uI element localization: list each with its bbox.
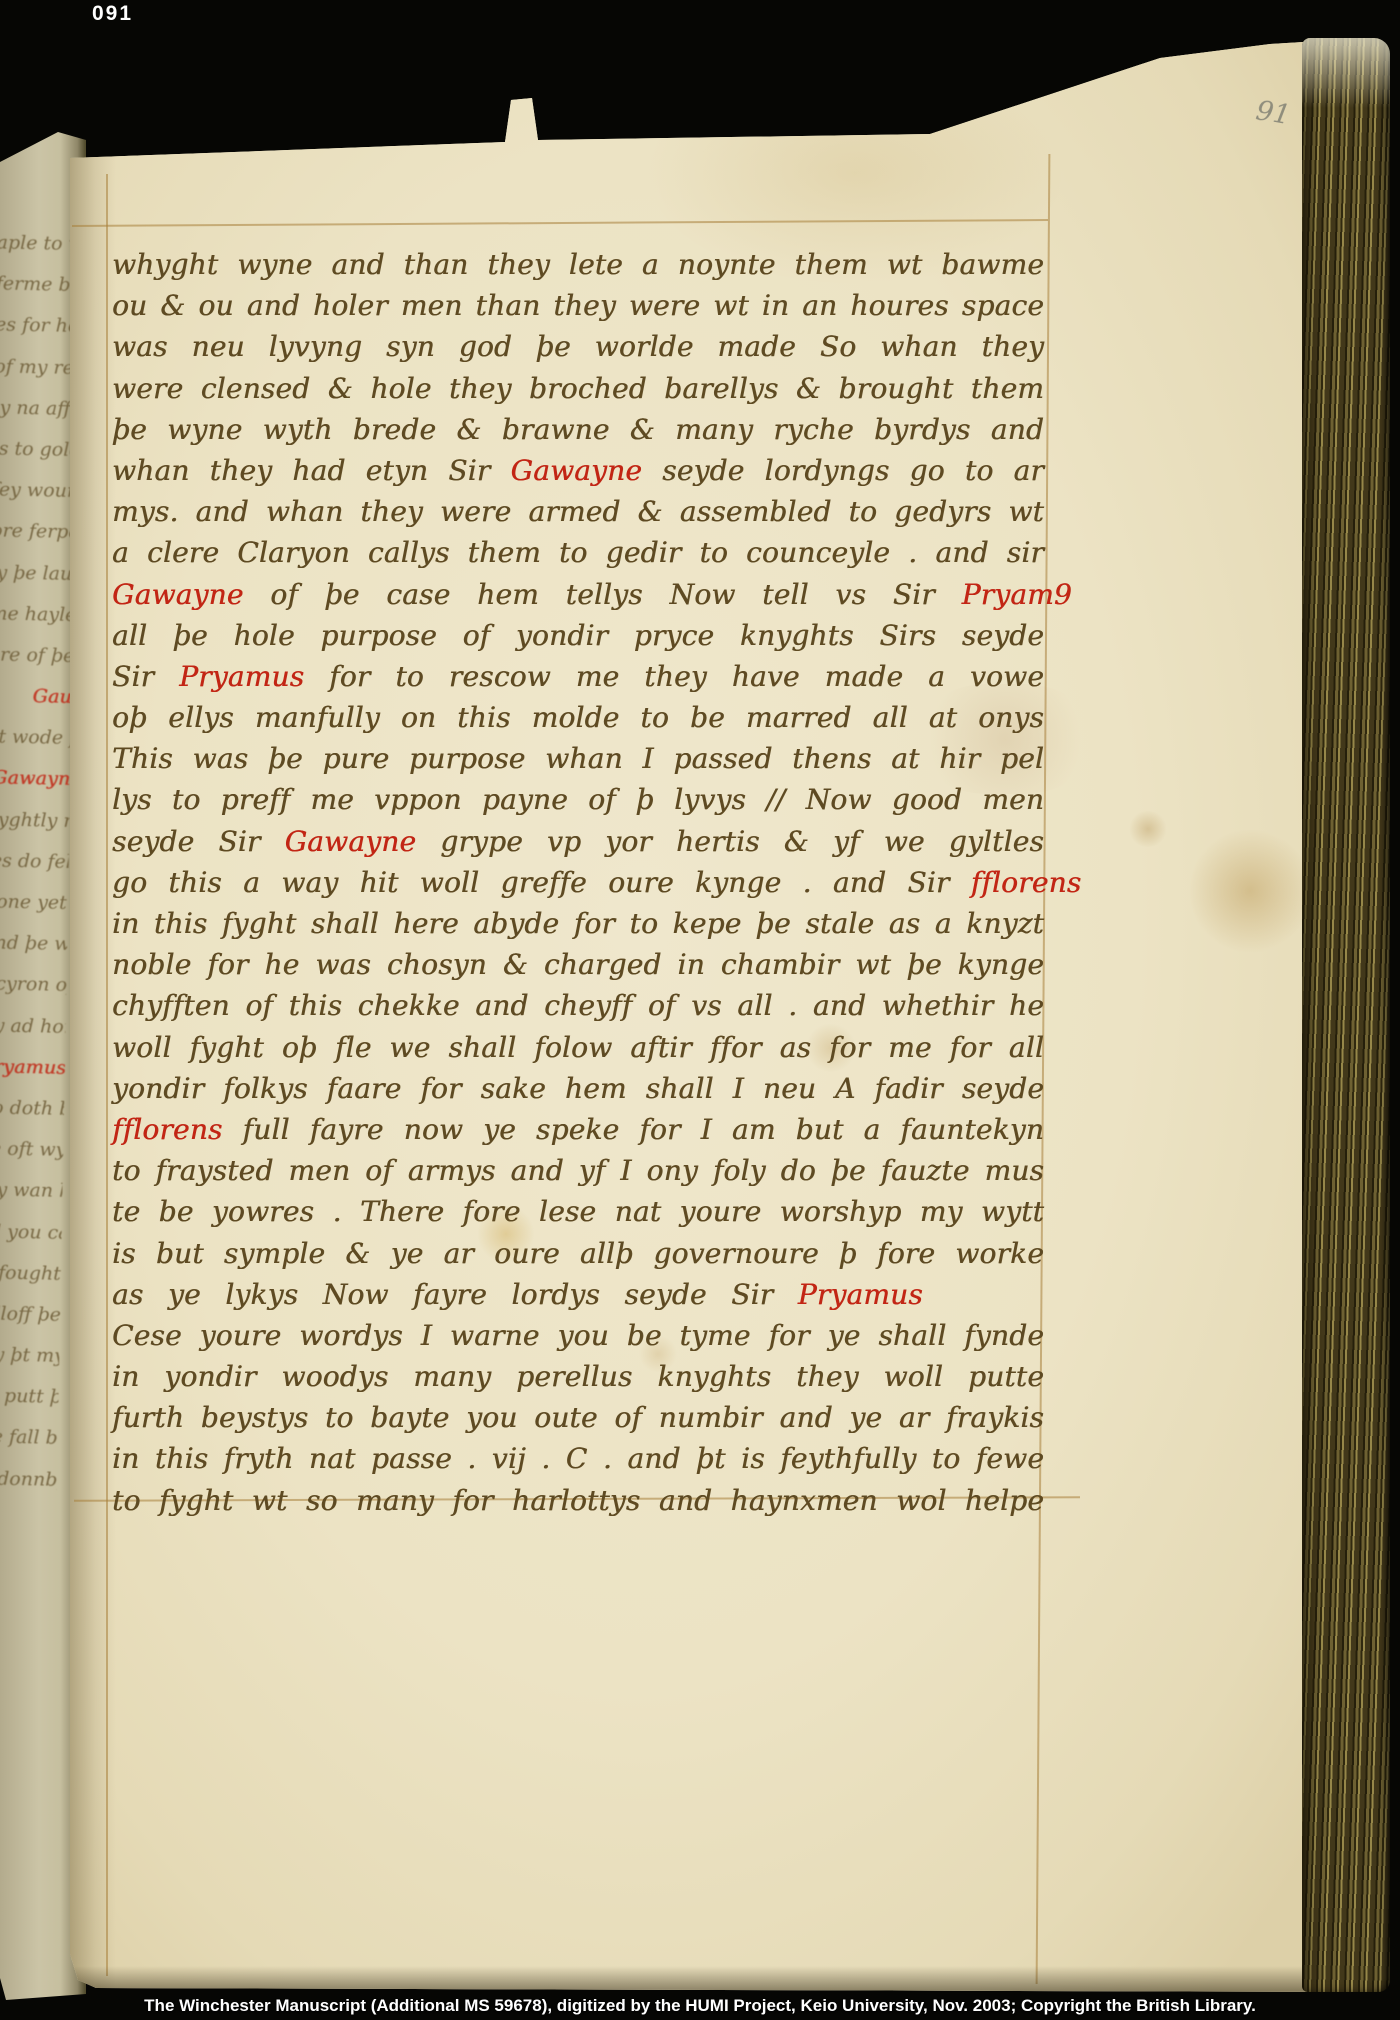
facing-page-fragment: Scyron of w — [0, 964, 67, 1007]
rubricated-name: Pryam9 — [962, 578, 1072, 611]
facing-page-fragment: ly þe laumpe — [0, 552, 75, 595]
ink-text: it fought — [0, 1261, 61, 1285]
manuscript-line: chyfften of this chekke and cheyff of vs… — [112, 985, 1044, 1026]
manuscript-line: furth beystys to bayte you oute of numbi… — [112, 1397, 1044, 1438]
facing-page-fragment: me hayled — [0, 593, 74, 636]
ink-text: This was þe pure purpose whan I passed t… — [112, 742, 1044, 775]
manuscript-line: woll fyght oþ fle we shall folow aftir f… — [112, 1027, 1044, 1068]
ink-text: ad you casse — [0, 1220, 62, 1244]
facing-page-fragment: et wode fyn — [0, 717, 72, 760]
ink-text: go this a way hit woll greffe oure kynge… — [112, 866, 971, 899]
manuscript-photo: 091 aple to wordyferme blod foes for how… — [0, 0, 1400, 2020]
manuscript-line: yondir folkys faare for sake hem shall I… — [112, 1068, 1044, 1109]
facing-page-fragment: me fall be — [0, 1417, 58, 1460]
ink-text: to fyght wt so many for harlottys and ha… — [112, 1484, 1044, 1517]
facing-page-fragment: ad you casse — [0, 1211, 62, 1254]
manuscript-line: oþ ellys manfully on this molde to be ma… — [112, 697, 1044, 738]
ink-text: Cese youre wordys I warne you be tyme fo… — [112, 1319, 1044, 1352]
manuscript-line: ou & ou and holer men than they were wt … — [112, 285, 1044, 326]
rubricated-name: fflorens — [971, 866, 1082, 899]
facing-page-fragment: ferme blod fo — [0, 264, 80, 307]
rubricated-name: Gawayn — [0, 767, 71, 790]
manuscript-page: 91 whyght wyne and than they lete a noyn… — [70, 36, 1336, 1992]
facing-page-fragment: of my rebmo — [0, 346, 79, 389]
facing-page-text-fragments: aple to wordyferme blod foes for how thy… — [0, 222, 81, 1500]
ink-text: a clere Claryon callys them to gedir to … — [112, 536, 1044, 569]
ink-text: fey þt myst — [0, 1343, 60, 1367]
ink-text: es for how thy — [0, 314, 79, 339]
facing-page-fragment: Gau — [0, 675, 72, 718]
facing-page-fragment: fey wourlde — [0, 469, 76, 512]
manuscript-line: seyde Sir Gawayne grype vp yor hertis & … — [112, 821, 1044, 862]
facing-page-fragment: Sedonnby — [0, 1458, 57, 1501]
ink-text: me fall be — [0, 1426, 58, 1450]
ink-text: is but symple & ye ar oure allþ governou… — [112, 1237, 1044, 1270]
manuscript-line: go this a way hit woll greffe oure kynge… — [112, 862, 1081, 903]
facing-page-fragment: end þe wond — [0, 922, 68, 965]
ink-text: do doth bare — [0, 1096, 64, 1120]
manuscript-line: Cese youre wordys I warne you be tyme fo… — [112, 1315, 1044, 1356]
ink-text: whan they had etyn Sir — [112, 454, 511, 487]
manuscript-line: whyght wyne and than they lete a noynte … — [112, 244, 1044, 285]
book-fore-edge — [1302, 38, 1390, 1992]
facing-page-fragment: Pryamus — [0, 1046, 65, 1089]
ink-text: grype vp yor hertis & yf we gyltles — [416, 825, 1044, 858]
ink-text: in this fryth nat passe . vij . C . and … — [112, 1442, 1044, 1475]
ink-text: whyght wyne and than they lete a noynte … — [112, 248, 1044, 281]
facing-page-fragment: do doth bare — [0, 1087, 64, 1130]
ink-text: mys. and whan they were armed & assemble… — [112, 495, 1044, 528]
rubricated-name: Gau — [32, 685, 72, 708]
caption-bar: The Winchester Manuscript (Additional MS… — [0, 1988, 1400, 2020]
manuscript-line: is but symple & ye ar oure allþ governou… — [112, 1233, 1044, 1274]
ink-text: seyde lordyngs go to ar — [642, 454, 1044, 487]
manuscript-line: mys. and whan they were armed & assemble… — [112, 491, 1044, 532]
ink-text: ly þe laumpe — [0, 561, 75, 585]
rubricated-name: Pryamus — [798, 1278, 923, 1311]
rubricated-name: Gawayne — [511, 454, 643, 487]
ink-text: by ad home o — [0, 1014, 66, 1038]
facing-page-fragment: it fought — [0, 1252, 61, 1295]
facing-page-fragment: are of þe — [0, 634, 73, 677]
folio-number-pencil: 91 — [1254, 95, 1293, 131]
ink-text: were clensed & hole they broched barelly… — [112, 372, 1044, 405]
rubricated-name: fflorens — [112, 1113, 223, 1146]
ink-text: in this fyght shall here abyde for to ke… — [112, 907, 1044, 940]
manuscript-line: were clensed & hole they broched barelly… — [112, 368, 1044, 409]
ink-text: all þe hole purpose of yondir pryce knyg… — [112, 619, 1044, 652]
facing-page-fragment: none yet fel — [0, 881, 68, 924]
manuscript-line: whan they had etyn Sir Gawayne seyde lor… — [112, 450, 1044, 491]
manuscript-line: Sir Pryamus for to rescow me they have m… — [112, 656, 1044, 697]
manuscript-line: þe wyne wyth brede & brawne & many ryche… — [112, 409, 1044, 450]
ink-text: in yondir woodys many perellus knyghts t… — [112, 1360, 1044, 1393]
frame-number: 091 — [92, 2, 133, 26]
ink-text: is to gole full — [0, 437, 77, 461]
ink-text: ad putt þo — [0, 1384, 59, 1408]
manuscript-line: Gawayne of þe case hem tellys Now tell v… — [112, 574, 1072, 615]
ink-text: fey wourlde — [0, 478, 76, 502]
facing-page-fragment: ly na affe — [0, 387, 78, 430]
facing-page-fragment: les do feld w — [0, 840, 69, 883]
ruled-line-left — [106, 174, 108, 1976]
caption-text: The Winchester Manuscript (Additional MS… — [0, 1996, 1400, 2016]
facing-page-fragment: ad putt þo — [0, 1375, 59, 1418]
facing-page-fragment: my wan had — [0, 1170, 63, 1213]
ink-text: falloff þe — [0, 1302, 60, 1326]
ink-text: ferme blod fo — [0, 273, 80, 297]
ink-text: et wode fyn — [0, 726, 72, 750]
ink-text: aple to wordy — [0, 231, 81, 256]
ink-text: as ye lykys Now fayre lordys seyde Sir — [112, 1278, 798, 1311]
ink-text: noble for he was chosyn & charged in cha… — [112, 948, 1044, 981]
manuscript-line: This was þe pure purpose whan I passed t… — [112, 738, 1044, 779]
parchment-stain — [1128, 811, 1168, 847]
ink-text: furth beystys to bayte you oute of numbi… — [112, 1401, 1044, 1434]
manuscript-line: lys to preff me vppon payne of þ lyvys /… — [112, 779, 1044, 820]
parchment-stain — [1190, 826, 1310, 956]
facing-page-fragment: aple to wordy — [0, 222, 81, 265]
rubricated-name: Gawayne — [285, 825, 417, 858]
ink-text: chyfften of this chekke and cheyff of vs… — [112, 989, 1044, 1022]
ink-text: my wan had — [0, 1179, 63, 1203]
ink-text: ou & ou and holer men than they were wt … — [112, 289, 1044, 322]
facing-page-fragment: Gawayn — [0, 758, 71, 801]
ink-text: full fayre now ye speke for I am but a f… — [223, 1113, 1045, 1146]
manuscript-line: to fyght wt so many for harlottys and ha… — [112, 1480, 1044, 1521]
facing-page-fragment: ye oft wyth — [0, 1128, 64, 1171]
ink-text: to fraysted men of armys and yf I ony fo… — [112, 1154, 1044, 1187]
ink-text: þe wyne wyth brede & brawne & many ryche… — [112, 413, 1044, 446]
manuscript-line: in yondir woodys many perellus knyghts t… — [112, 1356, 1044, 1397]
facing-page-fragment: es for how thy — [0, 305, 79, 348]
ink-text: yondir folkys faare for sake hem shall I… — [112, 1072, 1044, 1105]
ink-text: me hayled — [0, 602, 74, 626]
ink-text: seyde Sir — [112, 825, 285, 858]
facing-page-fragment: falloff þe — [0, 1293, 60, 1336]
ink-text: woll fyght oþ fle we shall folow aftir f… — [112, 1031, 1044, 1064]
ink-text: ore ferpold — [0, 520, 75, 544]
ruled-line-top — [72, 219, 1048, 226]
ink-text: Sedonnby — [0, 1467, 57, 1491]
manuscript-line: a clere Claryon callys them to gedir to … — [112, 532, 1044, 573]
ink-text: was neu lyvyng syn god þe worlde made So… — [112, 330, 1044, 363]
ink-text: none yet fel — [0, 890, 68, 914]
rubricated-name: Gawayne — [112, 578, 244, 611]
manuscript-line: to fraysted men of armys and yf I ony fo… — [112, 1150, 1044, 1191]
manuscript-line: as ye lykys Now fayre lordys seyde Sir P… — [112, 1274, 923, 1315]
rubricated-name: Pryamus — [179, 660, 304, 693]
ink-text: end þe wond — [0, 931, 68, 955]
facing-page-fragment: fey þt myst — [0, 1334, 60, 1377]
ink-text: of þe case hem tellys Now tell vs Sir — [244, 578, 962, 611]
facing-page-fragment: ore ferpold — [0, 511, 75, 554]
manuscript-line: fflorens full fayre now ye speke for I a… — [112, 1109, 1044, 1150]
ink-text: Scyron of w — [0, 973, 67, 997]
ink-text: les do feld w — [0, 849, 69, 873]
ink-text: oþ ellys manfully on this molde to be ma… — [112, 701, 1044, 734]
ink-text: ly na affe — [0, 396, 78, 420]
ink-text: of my rebmo — [0, 355, 79, 379]
rubricated-name: Pryamus — [0, 1055, 65, 1079]
ink-text: ye oft wyth — [0, 1137, 64, 1161]
ink-text: for to rescow me they have made a vowe — [304, 660, 1044, 693]
manuscript-line: in this fryth nat passe . vij . C . and … — [112, 1438, 1044, 1479]
manuscript-line: was neu lyvyng syn god þe worlde made So… — [112, 326, 1044, 367]
ink-text: lys to preff me vppon payne of þ lyvys /… — [112, 783, 1044, 816]
ink-text: Sir — [112, 660, 179, 693]
ink-text: are of þe — [0, 643, 73, 667]
ink-text: uyghtly made — [0, 808, 70, 833]
manuscript-line: all þe hole purpose of yondir pryce knyg… — [112, 615, 1044, 656]
manuscript-line: in this fyght shall here abyde for to ke… — [112, 903, 1044, 944]
facing-page-fragment: by ad home o — [0, 1005, 66, 1048]
manuscript-line: noble for he was chosyn & charged in cha… — [112, 944, 1044, 985]
facing-page-fragment: uyghtly made — [0, 799, 70, 842]
ink-text: te be yowres . There fore lese nat youre… — [112, 1195, 1044, 1228]
manuscript-line: te be yowres . There fore lese nat youre… — [112, 1191, 1044, 1232]
manuscript-text-block: whyght wyne and than they lete a noynte … — [112, 244, 1044, 1521]
facing-page-fragment: is to gole full — [0, 428, 77, 471]
